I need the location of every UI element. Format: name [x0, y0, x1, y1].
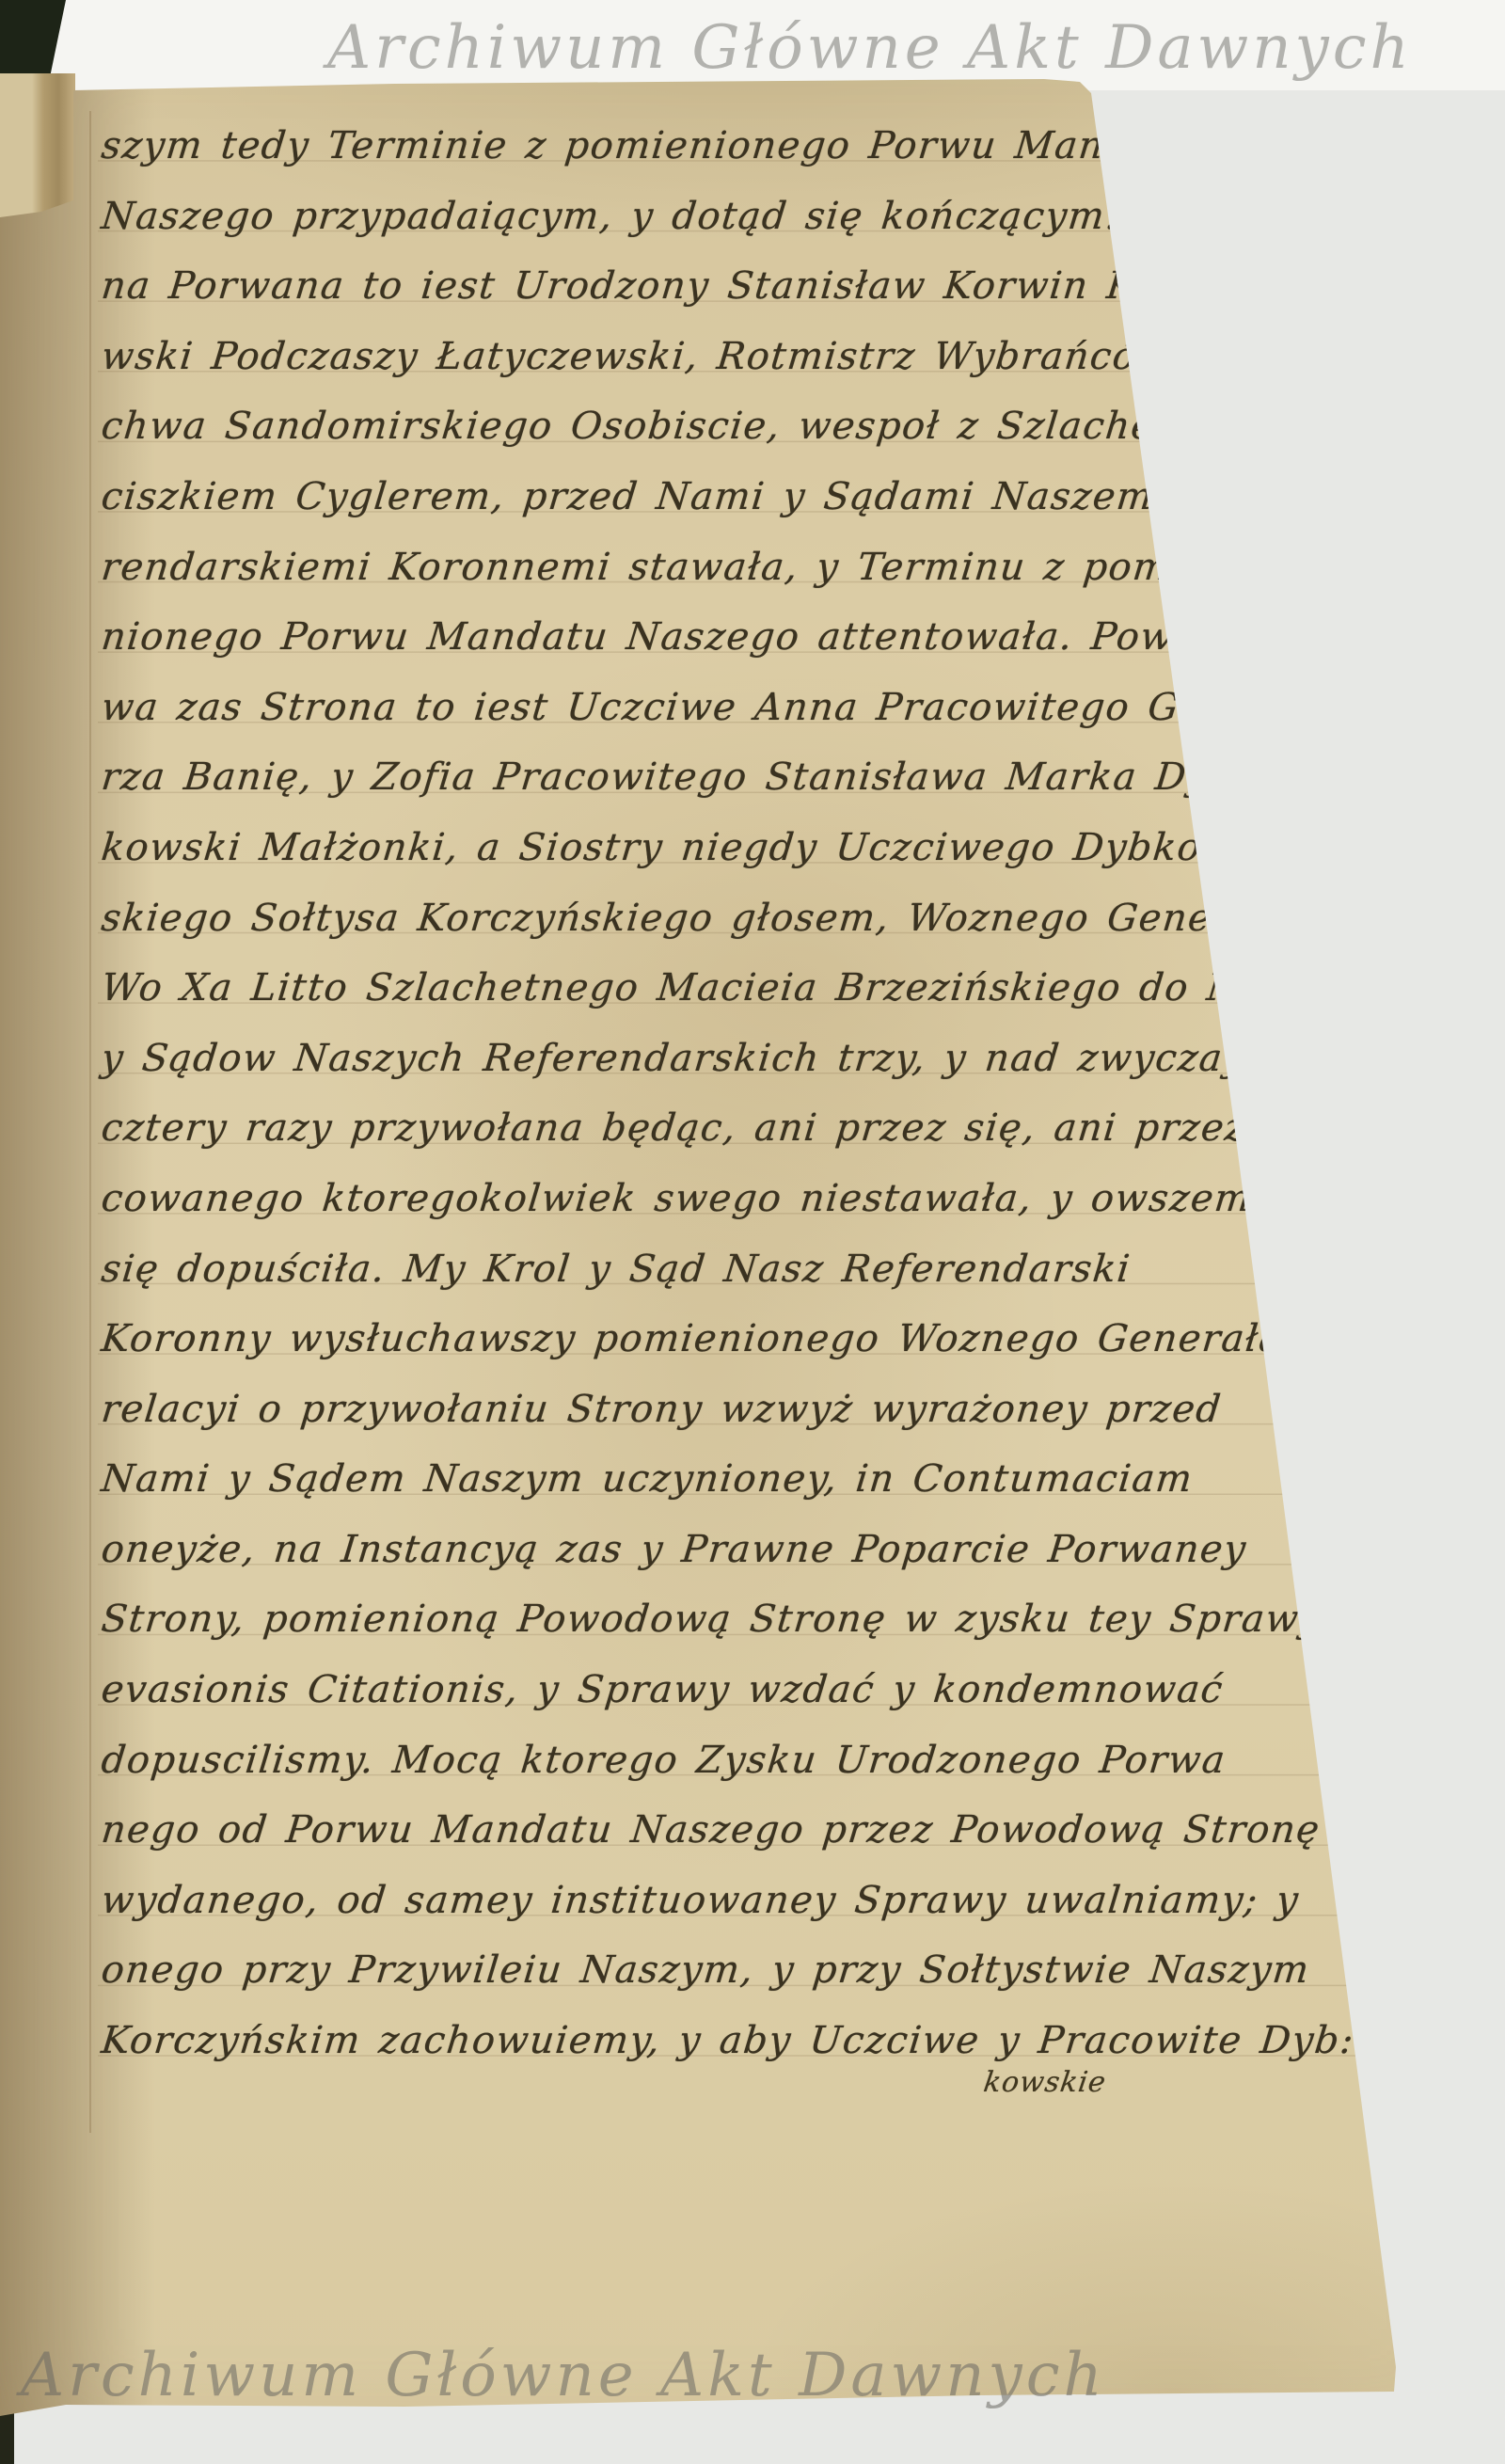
- manuscript-line: rza Banię, y Zofia Pracowitego Stanisław…: [98, 742, 1422, 813]
- manuscript-line: na Porwana to iest Urodzony Stanisław Ko…: [98, 251, 1422, 322]
- manuscript-line: Nami y Sądem Naszym uczynioney, in Contu…: [98, 1444, 1422, 1515]
- manuscript-line: relacyi o przywołaniu Strony wzwyż wyraż…: [98, 1375, 1422, 1445]
- manuscript-line: szym tedy Terminie z pomienionego Porwu …: [98, 111, 1422, 182]
- manuscript-line: Wo Xa Litto Szlachetnego Macieia Brzeziń…: [98, 953, 1422, 1024]
- manuscript-line: cowanego ktoregokolwiek swego niestawała…: [98, 1164, 1422, 1234]
- manuscript-line: chwa Sandomirskiego Osobiscie, wespoł z …: [98, 391, 1422, 462]
- catchword: kowskie: [982, 2066, 1109, 2099]
- manuscript-line: rendarskiemi Koronnemi stawała, y Termin…: [98, 533, 1422, 603]
- manuscript-line: wski Podczaszy Łatyczewski, Rotmistrz Wy…: [98, 322, 1422, 392]
- manuscript-line: Naszego przypadaiącym, y dotąd się kończ…: [98, 182, 1422, 252]
- folio-number: 33: [1197, 82, 1278, 152]
- manuscript-line: Strony, pomienioną Powodową Stronę w zys…: [98, 1584, 1422, 1655]
- manuscript-line: nionego Porwu Mandatu Naszego attentował…: [98, 602, 1422, 673]
- manuscript-line: oneyże, na Instancyą zas y Prawne Poparc…: [98, 1515, 1422, 1585]
- under-page-edge: [0, 73, 75, 222]
- manuscript-page: 33 szym tedy Terminie z pomienionego Por…: [0, 0, 1505, 2464]
- manuscript-line: dopuscilismy. Mocą ktorego Zysku Urodzon…: [98, 1725, 1422, 1796]
- manuscript-line: y Sądow Naszych Referendarskich trzy, y …: [98, 1024, 1422, 1094]
- manuscript-line: onego przy Przywileiu Naszym, y przy Soł…: [98, 1935, 1422, 2006]
- manuscript-line: Koronny wysłuchawszy pomienionego Wozneg…: [98, 1304, 1422, 1375]
- manuscript-line: się dopuściła. My Krol y Sąd Nasz Refere…: [98, 1234, 1422, 1305]
- document-scan: 33 szym tedy Terminie z pomienionego Por…: [0, 0, 1505, 2464]
- manuscript-line: cztery razy przywołana będąc, ani przez …: [98, 1093, 1422, 1164]
- manuscript-line: wydanego, od samey instituowaney Sprawy …: [98, 1866, 1422, 1936]
- manuscript-line: nego od Porwu Mandatu Naszego przez Powo…: [98, 1795, 1422, 1866]
- manuscript-line: skiego Sołtysa Korczyńskiego głosem, Woz…: [98, 883, 1422, 954]
- backing-sheet: [43, 0, 1505, 90]
- manuscript-line: kowski Małżonki, a Siostry niegdy Uczciw…: [98, 813, 1422, 883]
- manuscript-text-block: szym tedy Terminie z pomienionego Porwu …: [98, 111, 1415, 2076]
- manuscript-line: Korczyńskim zachowuiemy, y aby Uczciwe y…: [98, 2006, 1422, 2076]
- manuscript-line: evasionis Citationis, y Sprawy wzdać y k…: [98, 1655, 1422, 1725]
- manuscript-line: ciszkiem Cyglerem, przed Nami y Sądami N…: [98, 462, 1422, 533]
- manuscript-line: wa zas Strona to iest Uczciwe Anna Praco…: [98, 673, 1422, 743]
